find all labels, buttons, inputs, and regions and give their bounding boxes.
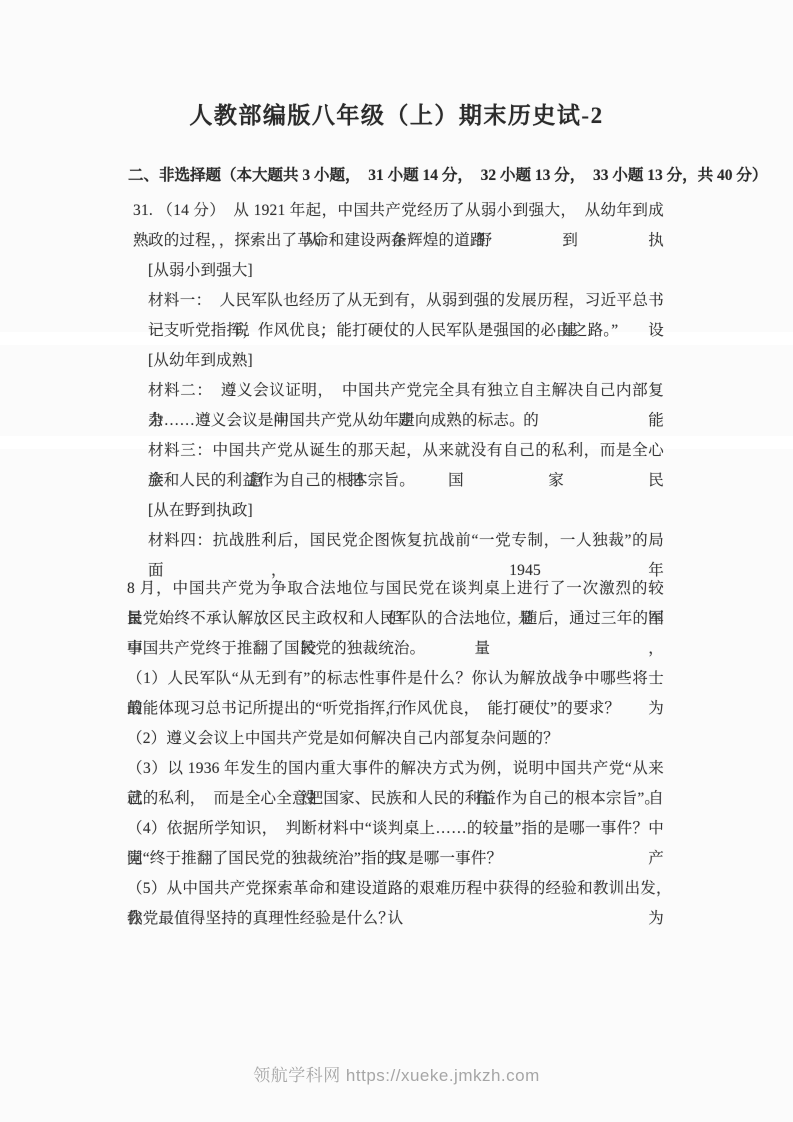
text-line: （2）遵义会议上中国共产党是如何解决自己内部复杂问题的？ [127, 724, 664, 754]
text-line: 民党始终不承认解放区民主政权和人民军队的合法地位，随后，通过三年的军事较量， [127, 604, 664, 634]
text-line: 材料二： 遵义会议证明， 中国共产党完全具有独立自主解决自己内部复杂问题的能 [127, 376, 664, 406]
text-line: （3）以 1936 年发生的国内重大事件的解决方式为例，说明中国共产党“从来就没… [127, 754, 664, 784]
text-line: 31. （14 分） 从 1921 年起，中国共产党经历了从弱小到强大， 从幼年… [127, 196, 664, 226]
text-line: 最能体现习总书记所提出的“听党指挥，作风优良， 能打硬仗”的要求？ [127, 694, 664, 724]
text-line: [从幼年到成熟] [127, 346, 664, 376]
text-line: 8 月，中国共产党为争取合法地位与国民党在谈判桌上进行了一次激烈的较量，但是国 [127, 574, 664, 604]
text-line: （1）人民军队“从无到有”的标志性事件是什么？你认为解放战争中哪些将士的行为 [127, 664, 664, 694]
text-line: 己的私利， 而是全心全意把国家、民族和人民的利益作为自己的根本宗旨”。 [127, 784, 664, 814]
text-line: 材料四：抗战胜利后，国民党企图恢复抗战前“一党专制，一人独裁”的局面， 1945… [127, 526, 664, 556]
text-line: （5）从中国共产党探索革命和建设道路的艰难历程中获得的经验和教训出发， 你认为 [127, 874, 664, 904]
document-page: 人教部编版八年级（上）期末历史试-2 二、非选择题（本大题共 3 小题， 31 … [0, 0, 793, 1122]
text-line: 材料一： 人民军队也经历了从无到有，从弱到强的发展历程，习近平总书记说： “建设 [127, 286, 664, 316]
text-line: [从弱小到强大] [127, 256, 664, 286]
text-line: 一支听党指挥，作风优良，能打硬仗的人民军队是强国的必由之路。” [127, 316, 664, 346]
watermark-footer: 领航学科网 https://xueke.jmkzh.com [0, 1061, 793, 1086]
text-line: 材料三：中国共产党从诞生的那天起，从来就没有自己的私利，而是全心全意把国家民 [127, 436, 664, 466]
page-title: 人教部编版八年级（上）期末历史试-2 [0, 97, 793, 130]
text-line: [从在野到执政] [127, 496, 664, 526]
section-heading: 二、非选择题（本大题共 3 小题， 31 小题 14 分， 32 小题 13 分… [128, 163, 668, 185]
text-line: （4）依据所学知识， 判断材料中“谈判桌上……的较量”指的是哪一事件？中国共产 [127, 814, 664, 844]
document-body: 31. （14 分） 从 1921 年起，中国共产党经历了从弱小到强大， 从幼年… [127, 196, 664, 934]
